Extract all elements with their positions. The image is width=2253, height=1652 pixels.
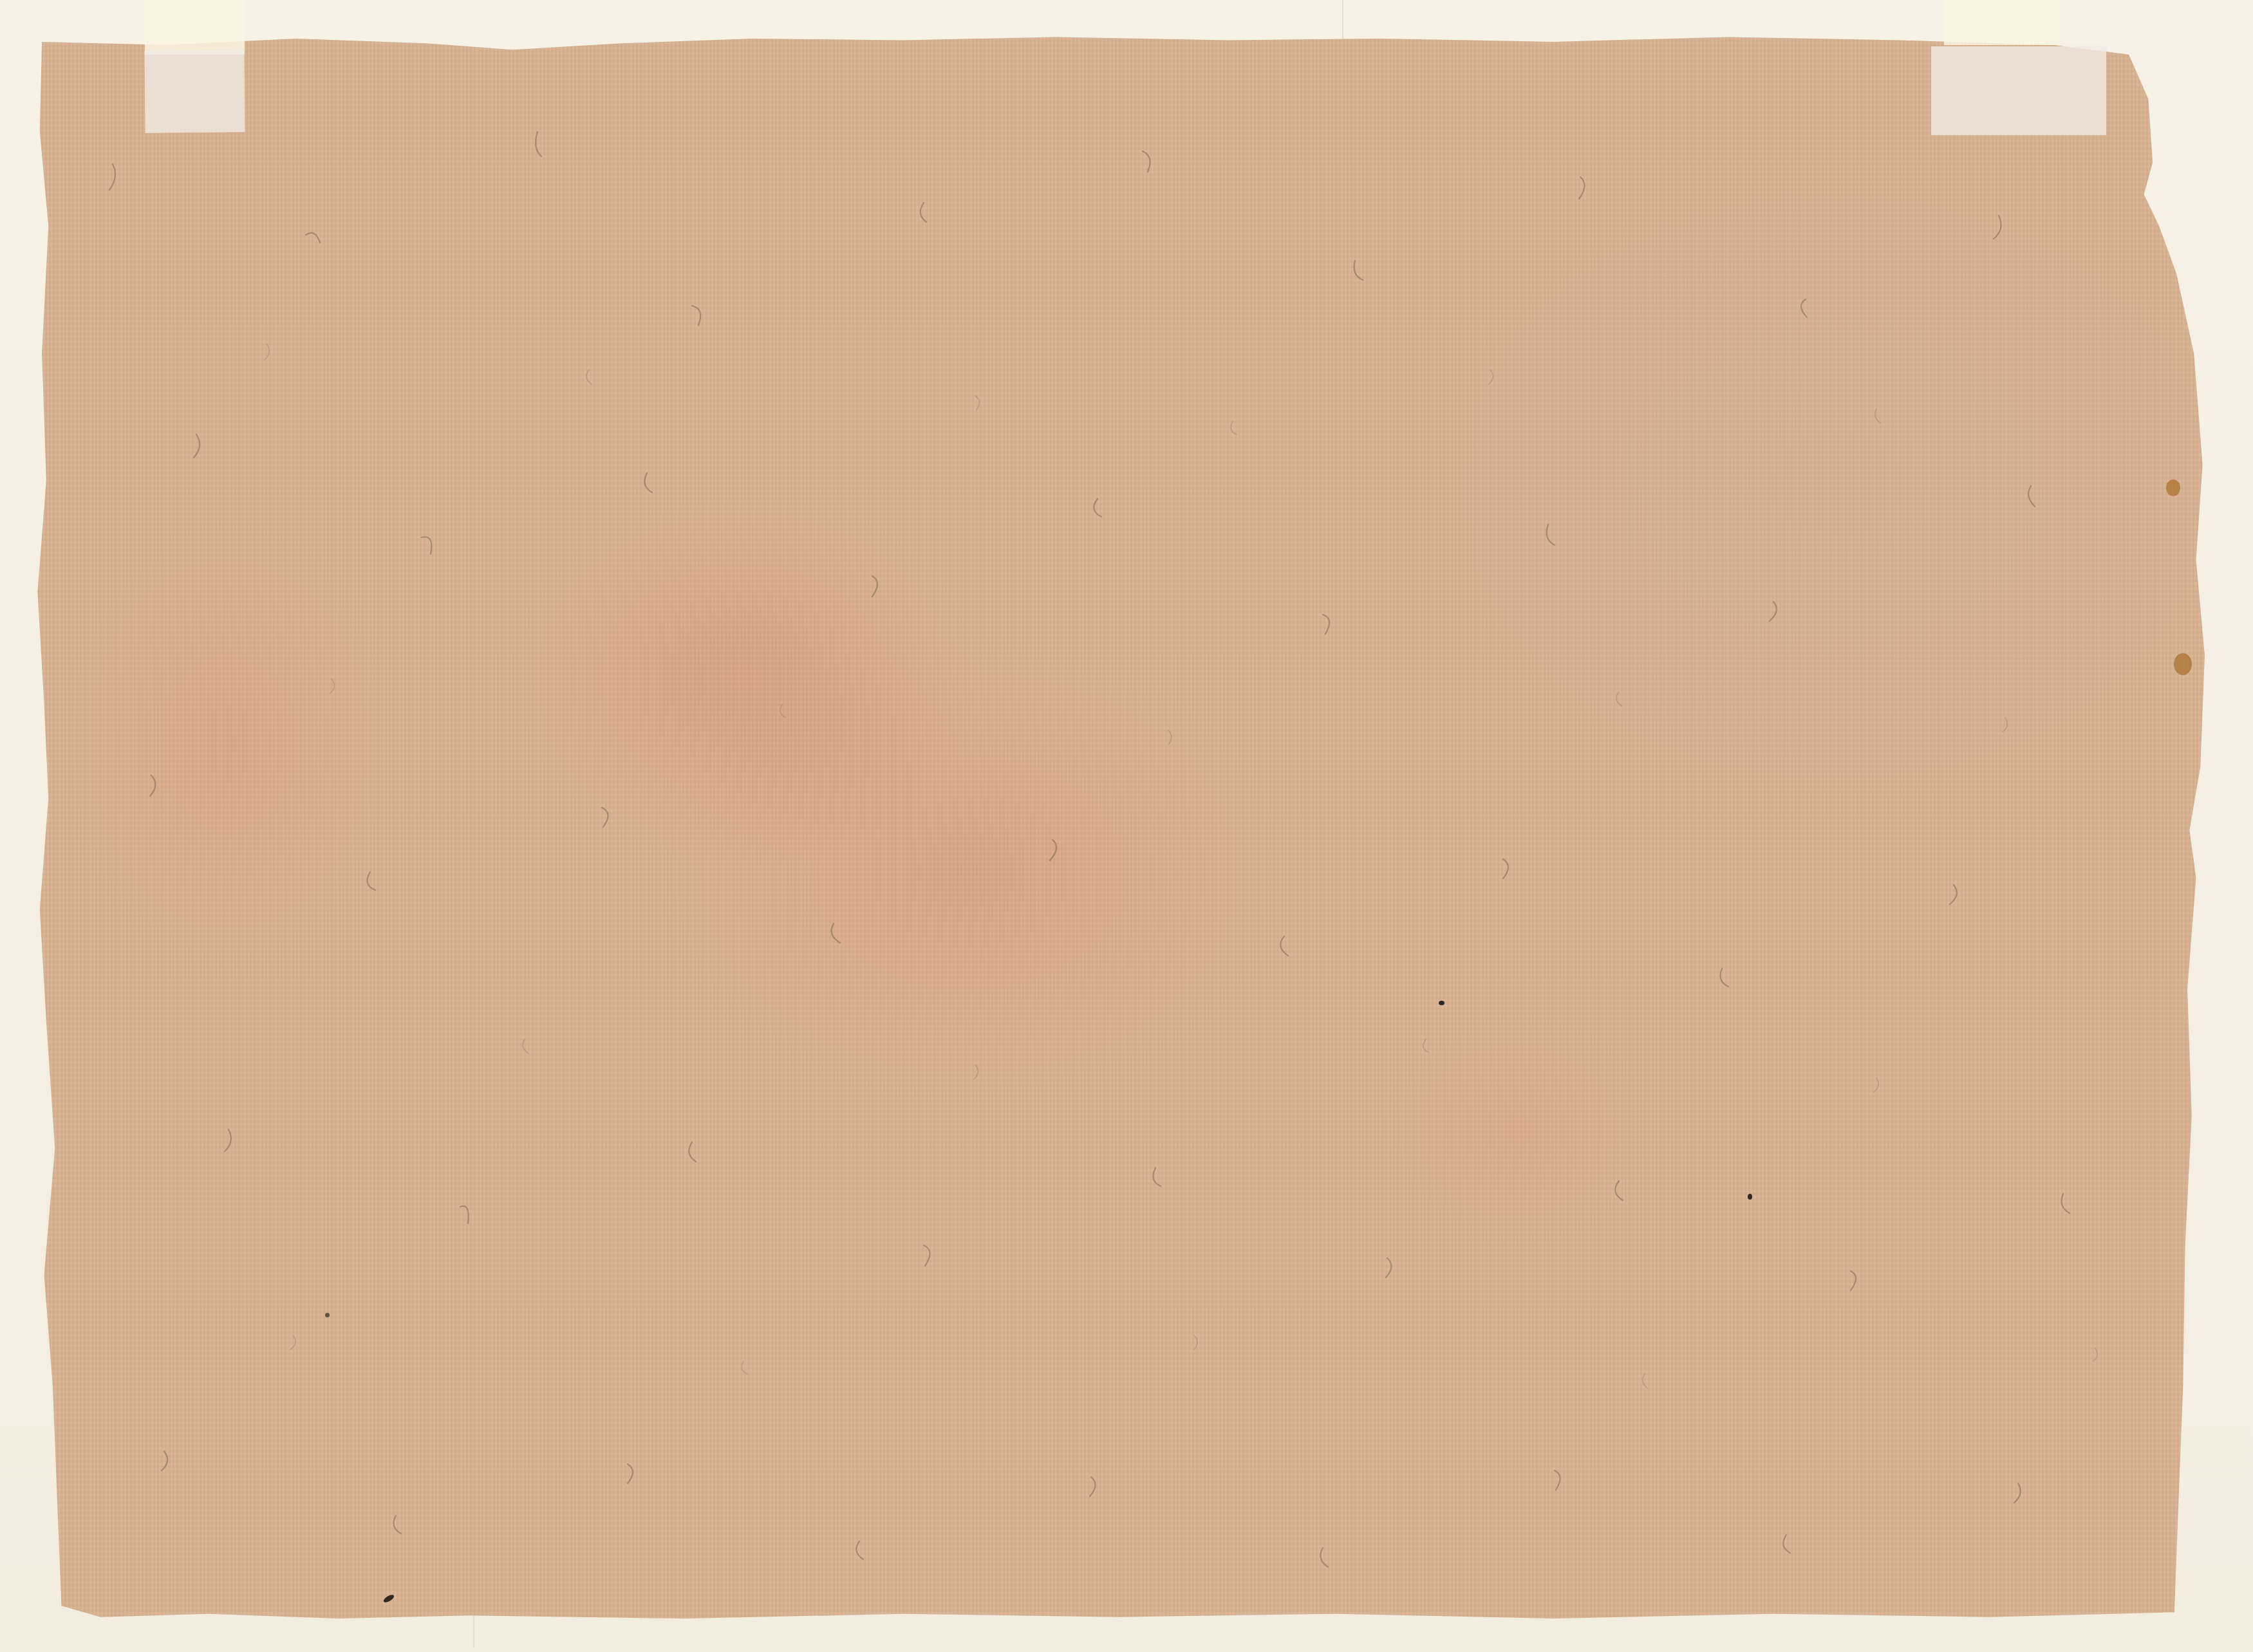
paper-speck (1748, 1194, 1752, 1200)
hinge-tape-right-upper (1944, 0, 2060, 45)
paper-sheet (35, 35, 2205, 1625)
paper-fibers (35, 35, 2205, 1625)
hinge-tape-left-upper (145, 0, 245, 55)
hinge-tape-left (144, 50, 245, 133)
paper-speck (325, 1313, 330, 1317)
paper-speck (1439, 1001, 1444, 1005)
edge-stain (2174, 653, 2192, 675)
mount-seam (1342, 0, 1343, 45)
edge-stain (2166, 479, 2180, 496)
hinge-tape-right (1931, 46, 2106, 135)
